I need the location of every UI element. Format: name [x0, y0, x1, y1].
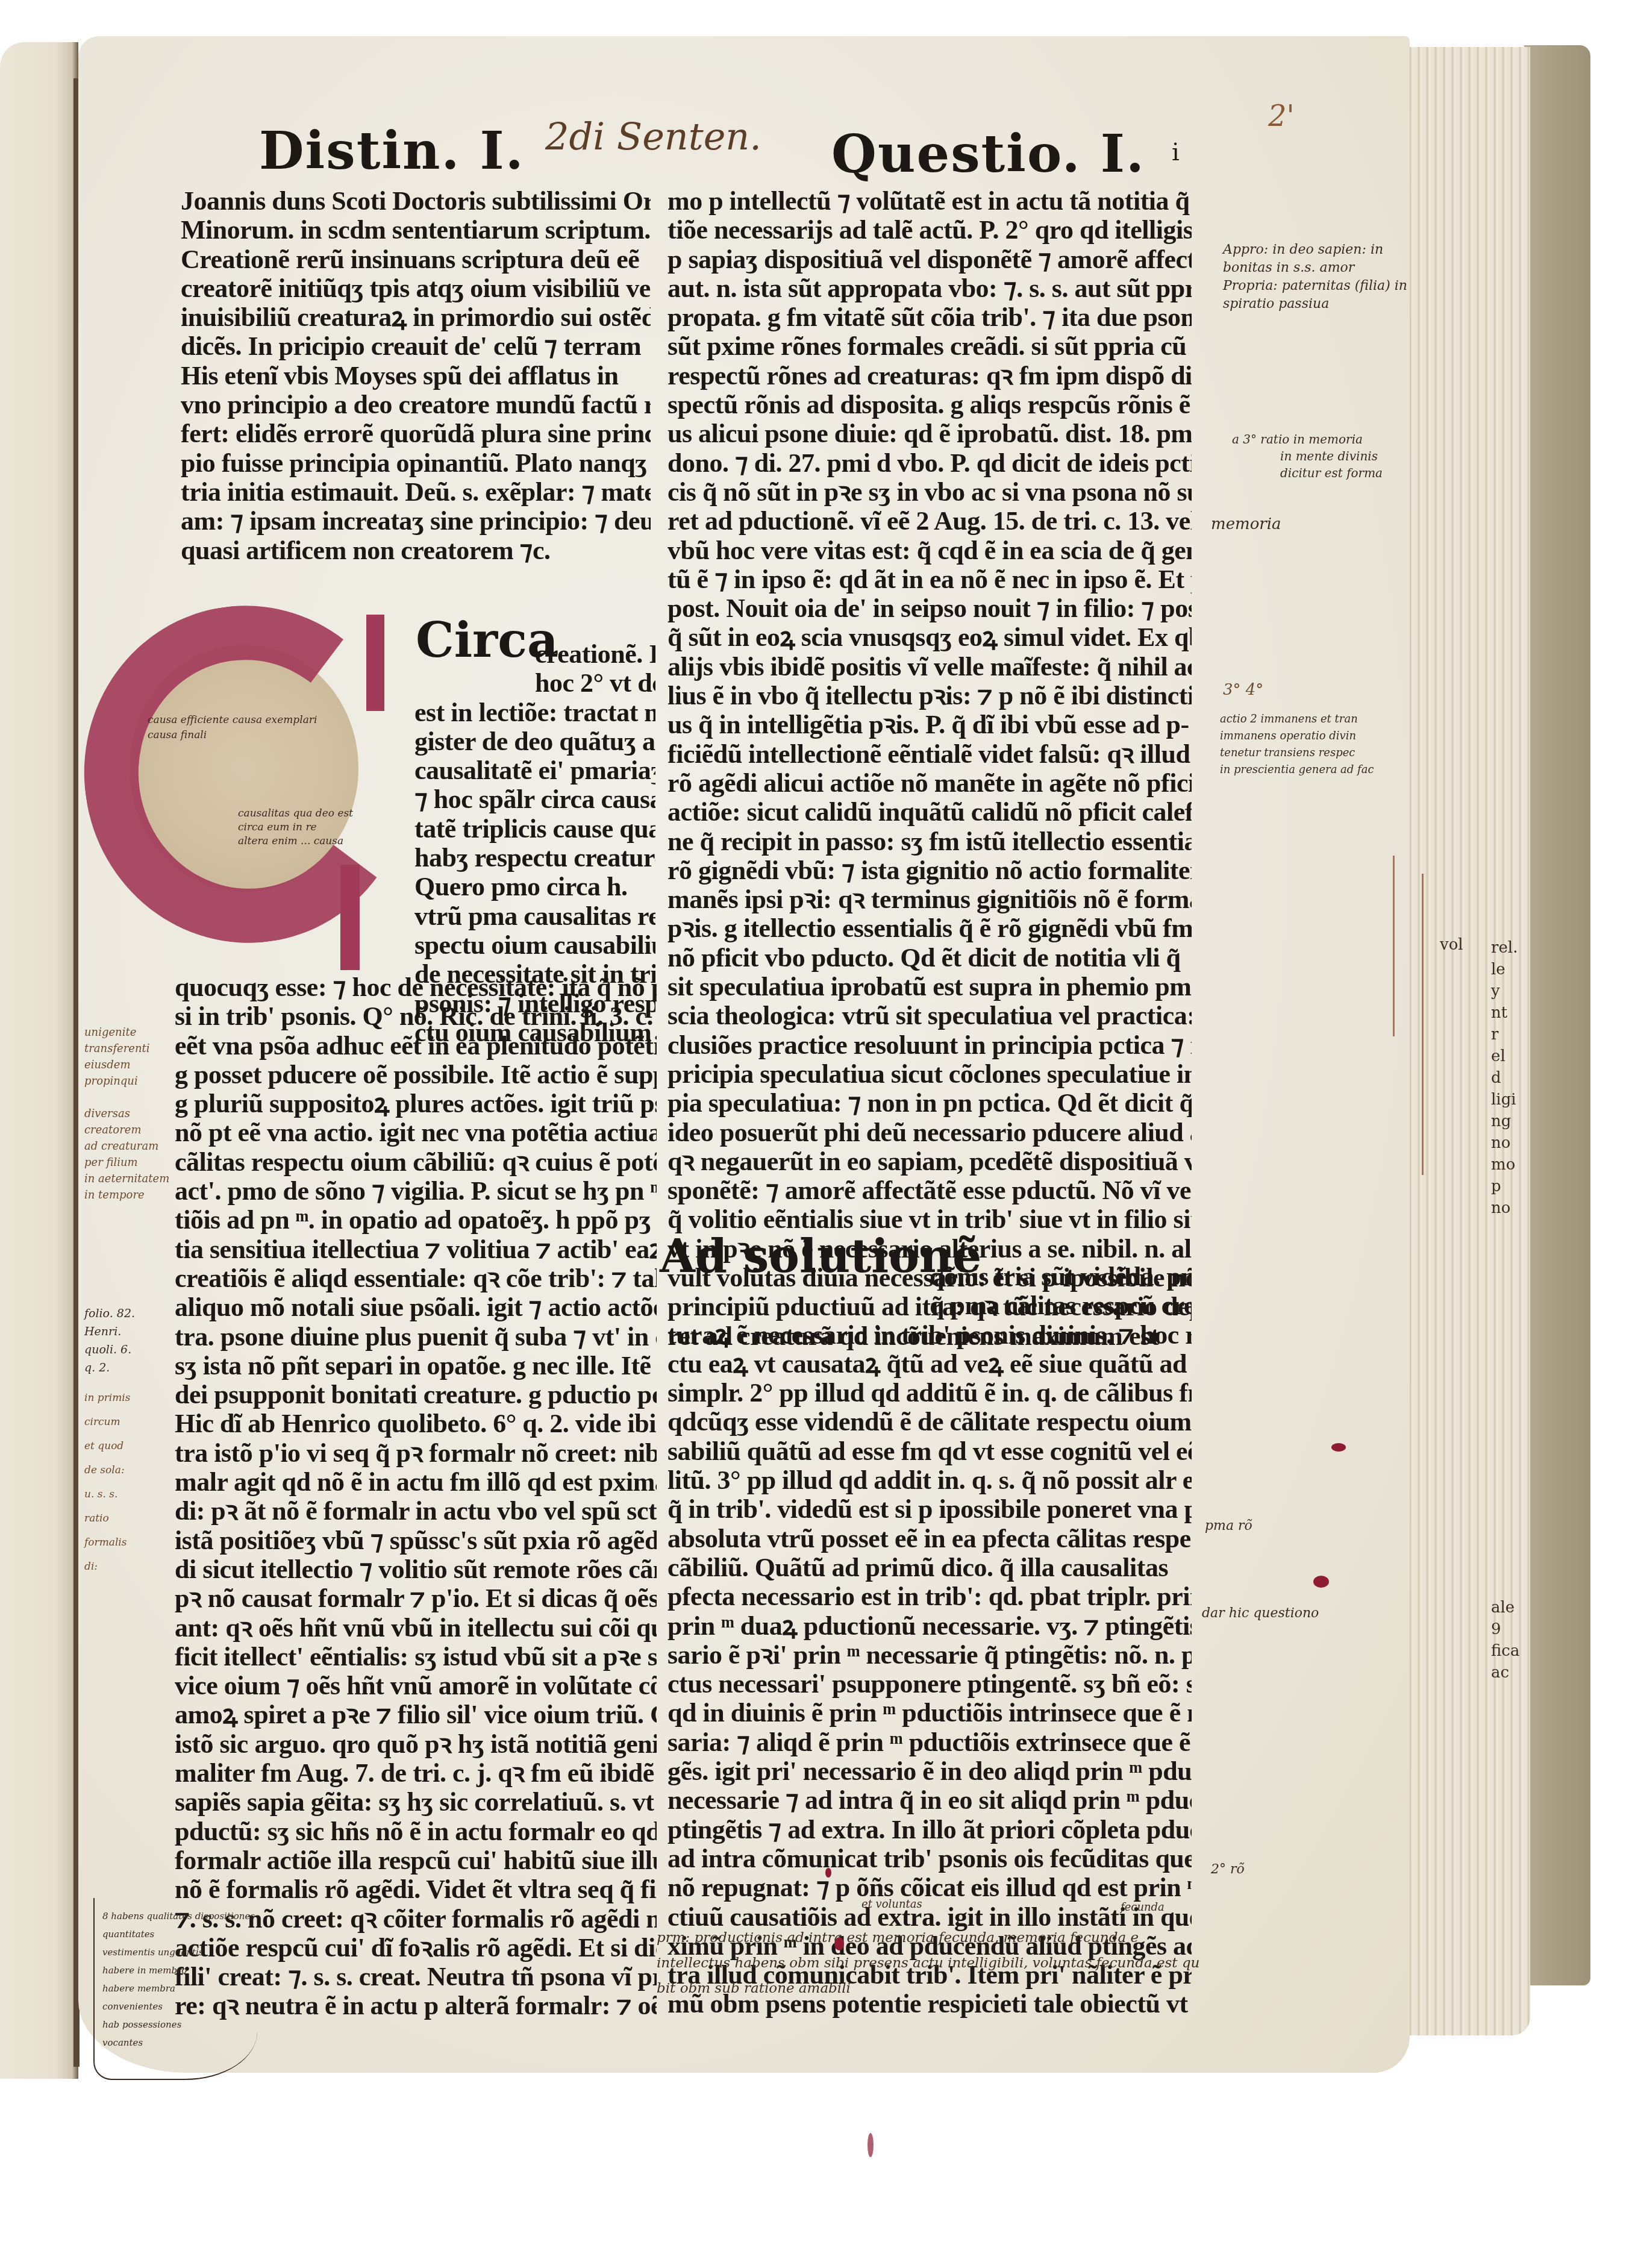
- red-ink-spot: [825, 1868, 831, 1878]
- text-line: creatiõis ẽ aliqd essentiale: qꝛ cõe tri…: [175, 1264, 657, 1293]
- text-line: ⁊ hoc spãlr circa causali: [414, 785, 655, 814]
- text-line: est in lectiõe: tractat ma-: [414, 698, 655, 727]
- text-line: sʒ ista nõ pñt separi in opatõe. g nec i…: [175, 1352, 657, 1380]
- text-line: clusiões practice resoluunt in principia…: [667, 1031, 1192, 1060]
- text-line: istõ sic arguo. qro quõ pꝛ hʒ istã notit…: [175, 1730, 657, 1759]
- text-line: q̃ pma cãlitas respcũ crea-: [667, 1291, 1192, 1320]
- text-line: pfecta necessario est in trib': qd. pbat…: [667, 1582, 1192, 1611]
- text-line: respectũ rõnes ad creaturas: qꝛ fm ipm d…: [667, 362, 1192, 390]
- left-column-body: quocuqʒ esse: ⁊ hoc de necessitate: ita …: [175, 973, 657, 2021]
- text-line: formalr actiõe illa respcũ cui' habitũ s…: [175, 1846, 657, 1875]
- text-line: vbũ hoc vere vitas est: q̃ cqd ẽ in ea s…: [667, 536, 1192, 565]
- text-line: maliter fm Aug. 7. de tri. c. j. qꝛ fm e…: [175, 1759, 657, 1788]
- marginal-note-bottom-memoria: prm: productionis ad intra est memoria f…: [657, 1925, 1199, 2001]
- text-line: litũ. 3° pp illud qd addit in. q. s. q̃ …: [667, 1466, 1192, 1495]
- left-column-intro: Joannis duns Scoti Doctoris subtilissimi…: [181, 187, 651, 565]
- text-line: pꝛis. g itellectio essentialis q̃ ẽ rõ g…: [667, 914, 1192, 943]
- marginal-note-appropriation: Appro: in deo sapien: in bonitas in s.s.…: [1223, 241, 1407, 313]
- text-line: nõ repugnat: ⁊ p õñs cõicat eis illud qd…: [667, 1873, 1192, 1902]
- marginal-note-ratio: a 3° ratio in memoria in mente divinis d…: [1232, 431, 1383, 481]
- running-header-questio: Questio. I.: [831, 124, 1145, 184]
- text-line: sit speculatiua iprobatũ est supra in ph…: [667, 973, 1192, 1001]
- facing-page-edge: [0, 42, 78, 2079]
- text-line: habʒ respectu creature.: [414, 844, 655, 872]
- text-line: causalitatẽ ei' pmariaʒ: [414, 756, 655, 785]
- text-line: manẽs ipsi pꝛi: qꝛ terminus gignitiõis n…: [667, 885, 1192, 914]
- text-line: nõ pficit vbo pducto. Qd ẽt dicit de not…: [667, 944, 1192, 973]
- text-line: creatorẽ initiũqʒ tpis atqʒ oium visibil…: [181, 274, 651, 303]
- text-line: scia theologica: vtrũ sit speculatiua ve…: [667, 1001, 1192, 1030]
- text-line: pricipia speculatiua sicut cõclones spec…: [667, 1060, 1192, 1089]
- text-line: Joannis duns Scoti Doctoris subtilissimi…: [181, 187, 651, 216]
- text-line: propata. g fm vitatẽ sũt cõia trib'. ⁊ i…: [667, 303, 1192, 332]
- text-line: sũt pxime rõnes formales creãdi. si sũt …: [667, 332, 1192, 361]
- text-line: tia sensitiua itellectiua ⁊ volitiua ⁊ a…: [175, 1235, 657, 1264]
- marginal-note-boxed-list: 8 habens qualitates dispositiones quanti…: [102, 1907, 255, 2052]
- text-line: spectu oium causabiliuʒ: [414, 931, 655, 960]
- text-line: Creationẽ rerũ insinuans scriptura deũ e…: [181, 245, 651, 274]
- initial-c-serif-top: [366, 615, 384, 711]
- text-line: di sicut itellectio ⁊ volitio sũt remote…: [175, 1555, 657, 1584]
- folio-number: i: [1172, 139, 1180, 166]
- text-line: vno principio a deo creatore mundũ factũ…: [181, 390, 651, 419]
- text-line: vice oium ⁊ oẽs hñt vnũ amorẽ in volũtat…: [175, 1671, 657, 1700]
- right-column-body: mo p intellectũ ⁊ volũtatẽ est in actu t…: [667, 187, 1192, 1351]
- text-line: gẽs. igit pri' necessario ẽ in deo aliqd…: [667, 1757, 1192, 1786]
- text-line: g posset pducere oẽ possibile. Itẽ actio…: [175, 1060, 657, 1089]
- text-line: Hic dĩ ab Henrico quolibeto. 6° q. 2. vi…: [175, 1409, 657, 1438]
- text-line: pio fuisse principia opinantiũ. Plato na…: [181, 449, 651, 478]
- marginal-reference-henricus: folio. 82. Henri. quoli. 6. q. 2.: [84, 1305, 135, 1377]
- handwritten-folio-number: 2': [1268, 99, 1295, 133]
- text-line: ad intra cõmunicat trib' psonis ois fecũ…: [667, 1844, 1192, 1873]
- marginal-note-memoria: memoria: [1211, 515, 1281, 533]
- text-line: dicẽs. In pricipio creauit de' celũ ⁊ te…: [181, 332, 651, 361]
- text-line: sponẽtẽ: ⁊ amorẽ affectãtẽ esse pductũ. …: [667, 1176, 1192, 1205]
- text-line: sario ẽ pꝛi' prin ᵐ necessarie q̃ ptingẽ…: [667, 1641, 1192, 1670]
- text-line: eẽt vna psõa adhuc eẽt in ea plenitudo p…: [175, 1032, 657, 1060]
- initial-c-serif-bottom: [340, 865, 360, 970]
- text-line: amoꝝ spiret a pꝛe ⁊ filio sil' vice oium…: [175, 1700, 657, 1729]
- text-line: q̃ in trib'. videdũ est si p ipossibile …: [667, 1495, 1192, 1524]
- text-line: post. Nouit oia de' in seipso nouit ⁊ in…: [667, 594, 1192, 623]
- text-line: cãbiliũ. Quãtũ ad primũ dico. q̃ illa ca…: [667, 1553, 1192, 1582]
- text-line: saria: ⁊ aliqd ẽ prin ᵐ pductiõis extrin…: [667, 1728, 1192, 1757]
- underlying-leaf-fragments: vol: [1440, 934, 1463, 956]
- underlying-leaf-fragments: rel. le y nt r el d ligi ng no mo p no: [1491, 937, 1518, 1219]
- marginal-note-left-upper: unigenite transferenti eiusdem propinqui…: [84, 1024, 169, 1203]
- text-line: dono. ⁊ di. 27. pmi d vbo. P. qd dicit d…: [667, 449, 1192, 478]
- text-line: us q̃ in intelligẽtia pꝛis. P. q̃ dĩ ibi…: [667, 710, 1192, 739]
- text-line: pductũ: sʒ sic hñs nõ ẽ in actu formalr …: [175, 1817, 657, 1846]
- text-line: ficit itellect' eẽntialis: sʒ istud vbũ …: [175, 1643, 657, 1671]
- text-line: gister de deo quãtuʒ ad: [414, 727, 655, 756]
- text-line: Quero pmo circa h.: [414, 872, 655, 901]
- initial-annotation: altera enim ... causa: [238, 835, 343, 847]
- vellum-cover-edge: [1524, 45, 1590, 1985]
- text-line: spectũ rõnis ad disposita. g aliqs respc…: [667, 390, 1192, 419]
- text-line: turaꝝ ẽ necessario in trib' psonis diuin…: [667, 1321, 1192, 1350]
- underlying-leaf-fragments: ale 9 fica ac: [1491, 1597, 1519, 1684]
- text-line: tiõis ad pn ᵐ. in opatio ad opatoẽʒ. h p…: [175, 1206, 657, 1235]
- red-ink-spot: [868, 2133, 874, 2157]
- marginal-ordinal-marks: 3° 4°: [1223, 681, 1263, 699]
- text-line: si in trib' psonis. Q° nõ. Ric. de trini…: [175, 1002, 657, 1031]
- text-line: necessarie ⁊ ad intra q̃ in eo sit aliqd…: [667, 1786, 1192, 1815]
- text-line: aut. n. ista sũt appropata vbo: ⁊. s. s.…: [667, 274, 1192, 303]
- text-line: tria initia estimauit. Deũ. s. exẽplar: …: [181, 478, 651, 507]
- interlinear-note: et voluntas: [861, 1898, 922, 1911]
- text-line: dei psupponit bonitati creature. g pduct…: [175, 1380, 657, 1409]
- text-line: g pluriũ suppositoꝝ plures actões. igit …: [175, 1089, 657, 1118]
- marginal-note-left-lower: in primis circum et quod de sola: u. s. …: [84, 1386, 131, 1579]
- text-line: ideo posuerũt phi deũ necessario pducere…: [667, 1118, 1192, 1147]
- text-line: ctu eaꝝ vt causataꝝ q̃tũ ad veꝝ eẽ siue …: [667, 1350, 1192, 1379]
- text-line: istã positiõeʒ vbũ ⁊ spũssc's sũt pxia r…: [175, 1526, 657, 1555]
- text-line: pꝛ nõ causat formalr ⁊ p'io. Et si dicas…: [175, 1584, 657, 1613]
- text-line: di: pꝛ ãt nõ ẽ formalr in actu vbo vel s…: [175, 1497, 657, 1526]
- text-line: tra istõ p'io vi seq q̃ pꝛ formalr nõ cr…: [175, 1439, 657, 1468]
- text-line: aliquo mõ notali siue psõali. igit ⁊ act…: [175, 1293, 657, 1322]
- initial-annotation: causa finali: [148, 729, 207, 741]
- text-line: absoluta vtrũ posset eẽ in ea pfecta cãl…: [667, 1524, 1192, 1553]
- text-line: qꝛ negauerũt in eo sapiam, pcedẽtẽ dispo…: [667, 1147, 1192, 1176]
- text-line: actiõe: sicut calidũ inquãtũ calidũ nõ p…: [667, 798, 1192, 827]
- text-line: hoc 2° vt dcm: [414, 669, 655, 698]
- text-line: qdcũqʒ esse videndũ ẽ de cãlitate respec…: [667, 1408, 1192, 1436]
- text-line: ptingẽtis ⁊ ad extra. In illo ãt priori …: [667, 1815, 1192, 1844]
- text-line: alijs vbis ibidẽ positis vĩ velle maĩfes…: [667, 653, 1192, 681]
- text-line: am: ⁊ ipsam increataʒ sine principio: ⁊ …: [181, 507, 651, 536]
- text-line: pia speculatiua: ⁊ non in pn pctica. Qd …: [667, 1089, 1192, 1118]
- text-line: vtrũ pma causalitas re-: [414, 902, 655, 931]
- text-line: mo p intellectũ ⁊ volũtatẽ est in actu t…: [667, 187, 1192, 216]
- initial-annotation: causalitas qua deo est: [238, 807, 353, 819]
- text-line: qd in diuinis ẽ prin ᵐ pductiõis intrins…: [667, 1699, 1192, 1728]
- text-line: ctus necessari' psupponere ptingentẽ. sʒ…: [667, 1670, 1192, 1699]
- red-ink-spot: [1313, 1576, 1329, 1588]
- text-line: tra. psone diuine plus puenit q̃ suba ⁊ …: [175, 1323, 657, 1352]
- text-line: inuisibiliũ creaturaꝝ in primordio sui o…: [181, 303, 651, 332]
- text-line: lius ẽ in vbo q̃ itellectu pꝛis: ⁊ p nõ …: [667, 681, 1192, 710]
- running-header-distinctio: Distin. I.: [259, 121, 525, 181]
- marginal-note-dar-hic: dar hic questiono: [1202, 1606, 1319, 1621]
- text-line: rõ gignẽdi vbũ: ⁊ ista gignitio nõ actio…: [667, 856, 1192, 885]
- text-line: tiõe necessarijs ad talẽ actũ. P. 2° qro…: [667, 216, 1192, 245]
- text-line: q̃ sũt in eoꝝ scia vnusqsqʒ eoꝝ simul vi…: [667, 623, 1192, 652]
- text-line: ficiẽdũ intellectionẽ eẽntialẽ videt fal…: [667, 740, 1192, 769]
- text-line: creationẽ. In: [414, 640, 655, 669]
- rubricated-initial-c: causa efficiente causa exemplari causa f…: [84, 606, 410, 979]
- text-line: prin ᵐ duaꝝ pductionũ necessarie. vʒ. ⁊ …: [667, 1612, 1192, 1641]
- text-line: nõ pt eẽ vna actio. igit nec vna potẽtia…: [175, 1118, 657, 1147]
- text-line: act'. pmo de sõno ⁊ vigilia. P. sicut se…: [175, 1177, 657, 1206]
- text-line: p sapiaʒ dispositiuã vel disponẽtẽ ⁊ amo…: [667, 245, 1192, 274]
- red-ink-spot: [834, 1937, 844, 1950]
- right-column-solution: qõnis tria sũt vidẽda. pma q̃ pma cãlita…: [667, 1262, 1192, 2019]
- text-line: ret ad pductionẽ. vĩ eẽ 2 Aug. 15. de tr…: [667, 507, 1192, 536]
- text-line: Minorum. in scdm sententiarum scriptum.: [181, 216, 651, 245]
- text-line: cis q̃ nõ sũt in pꝛe sʒ in vbo ac si vna…: [667, 478, 1192, 507]
- text-line: cãlitas respectu oium cãbiliũ: qꝛ cuius …: [175, 1148, 657, 1177]
- text-line: qõnis tria sũt vidẽda. pma: [667, 1262, 1192, 1291]
- text-line: sapiẽs sapia gẽita: sʒ hʒ sic correlatiu…: [175, 1788, 657, 1817]
- initial-annotation: causa efficiente causa exemplari: [148, 714, 317, 726]
- marginal-line: [1422, 874, 1424, 1175]
- text-line: tũ ẽ ⁊ in ipso ẽ: qd ãt in ea nõ ẽ nec i…: [667, 565, 1192, 594]
- text-line: His etenĩ vbis Moyses spũ dei afflatus i…: [181, 362, 651, 390]
- interlinear-note: fecunda: [1121, 1901, 1165, 1914]
- handwritten-book-label: 2di Senten.: [545, 114, 761, 158]
- text-line: ne q̃ recipit in passo: sʒ fm istũ itell…: [667, 827, 1192, 856]
- text-line: quasi artificem non creatorem ⁊c.: [181, 536, 651, 565]
- red-ink-spot: [1331, 1443, 1346, 1452]
- text-line: sabiliũ quãtũ ad esse fm qd vt esse cogn…: [667, 1437, 1192, 1466]
- text-line: malr agit qd nõ ẽ in actu fm illõ qd est…: [175, 1468, 657, 1497]
- text-line: rõ agẽdi alicui actiõe nõ manẽte in agẽt…: [667, 769, 1192, 798]
- text-line: simplr. 2° pp illud qd additũ ẽ in. q. d…: [667, 1379, 1192, 1408]
- marginal-note-actio: actio 2 immanens et tran immanens operat…: [1220, 711, 1374, 778]
- text-line: quocuqʒ esse: ⁊ hoc de necessitate: ita …: [175, 973, 657, 1002]
- text-line: tatẽ triplicis cause quaʒ: [414, 815, 655, 844]
- marginal-note-secunda-ratio: 2° rõ: [1211, 1862, 1245, 1877]
- initial-annotation: circa eum in re: [238, 821, 317, 833]
- text-line: ant: qꝛ oẽs hñt vnũ vbũ in itellectu sui…: [175, 1614, 657, 1643]
- text-line: fert: elidẽs errorẽ quorũdã plura sine p…: [181, 419, 651, 448]
- marginal-note-prima-ratio: pma rõ: [1205, 1518, 1252, 1533]
- text-line: us alicui psone diuie: qd ẽ iprobatũ. di…: [667, 419, 1192, 448]
- marginal-line: [1393, 856, 1395, 1036]
